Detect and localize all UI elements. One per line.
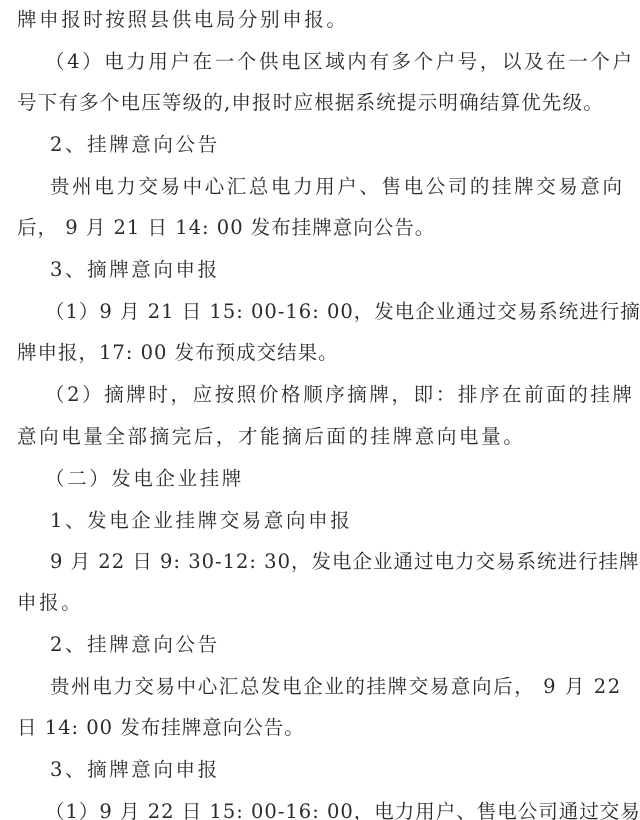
section-heading: 1、发电企业挂牌交易意向申报 [50, 507, 640, 535]
paragraph-line: 牌申报，17: 00 发布预成交结果。 [17, 339, 607, 367]
paragraph-line: 贵州电力交易中心汇总电力用户、售电公司的挂牌交易意向 [50, 173, 640, 201]
paragraph-line: （4）电力用户在一个供电区域内有多个户号，以及在一个户 [45, 48, 635, 76]
paragraph-line: （2）摘牌时，应按照价格顺序摘牌，即：排序在前面的挂牌 [45, 381, 635, 409]
paragraph-line: 9 月 22 日 9: 30-12: 30，发电企业通过电力交易系统进行挂牌 [50, 548, 640, 576]
section-heading: 2、挂牌意向公告 [50, 631, 640, 659]
section-heading: （二）发电企业挂牌 [45, 465, 635, 493]
paragraph-line: 贵州电力交易中心汇总发电企业的挂牌交易意向后， 9 月 22 [50, 673, 640, 701]
paragraph-line: 申报。 [17, 589, 607, 617]
paragraph-line: （1）9 月 22 日 15: 00-16: 00，电力用户、售电公司通过交易 [45, 798, 635, 820]
paragraph-line: 意向电量全部摘完后，才能摘后面的挂牌意向电量。 [17, 423, 607, 451]
document-page: 牌申报时按照县供电局分别申报。 （4）电力用户在一个供电区域内有多个户号，以及在… [0, 0, 640, 820]
section-heading: 2、挂牌意向公告 [50, 131, 640, 159]
paragraph-line: 日 14: 00 发布挂牌意向公告。 [17, 714, 607, 742]
section-heading: 3、摘牌意向申报 [50, 756, 640, 784]
paragraph-line: 牌申报时按照县供电局分别申报。 [17, 6, 607, 34]
section-heading: 3、摘牌意向申报 [50, 256, 640, 284]
paragraph-line: 后， 9 月 21 日 14: 00 发布挂牌意向公告。 [17, 214, 607, 242]
paragraph-line: 号下有多个电压等级的,申报时应根据系统提示明确结算优先级。 [17, 89, 607, 117]
paragraph-line: （1）9 月 21 日 15: 00-16: 00，发电企业通过交易系统进行摘 [45, 298, 635, 326]
